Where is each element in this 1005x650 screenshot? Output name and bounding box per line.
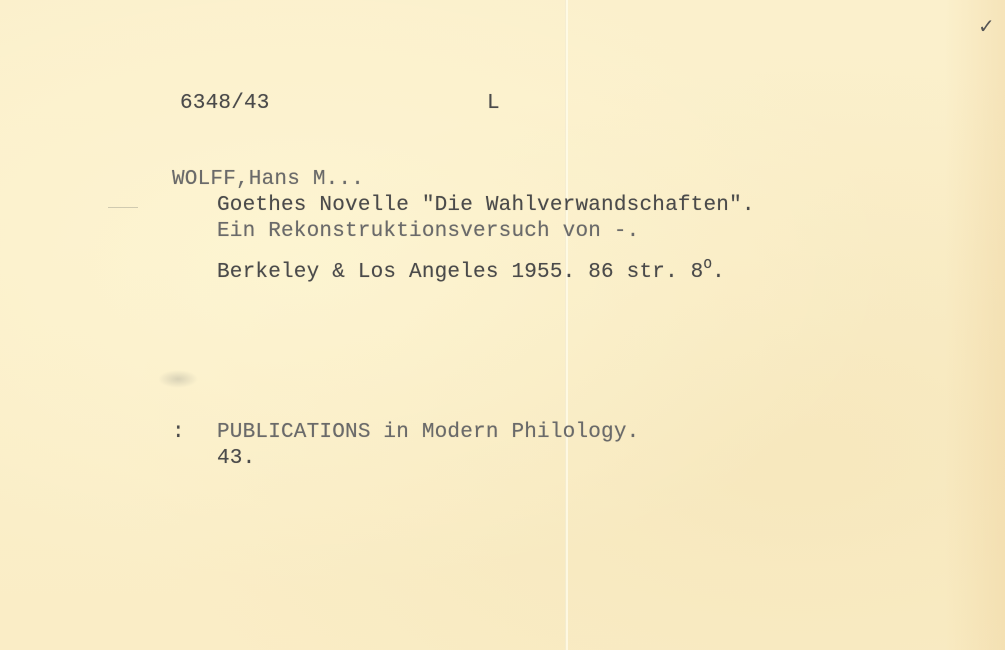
- call-number: 6348/43: [180, 92, 270, 115]
- pencil-mark: [108, 207, 138, 208]
- check-mark-icon: ✓: [978, 14, 995, 38]
- card-edge-shading: [945, 0, 1005, 650]
- imprint-line: Berkeley & Los Angeles 1955. 86 str. 8O.: [217, 257, 725, 284]
- catalog-card: ✓ 6348/43 L WOLFF,Hans M... Goethes Nove…: [0, 0, 1005, 650]
- ink-smudge: [158, 370, 198, 388]
- location-mark: L: [487, 92, 500, 115]
- series-marker: :: [172, 421, 185, 444]
- series-line-1: PUBLICATIONS in Modern Philology.: [217, 421, 639, 444]
- title-line-1: Goethes Novelle "Die Wahlverwandschaften…: [217, 194, 755, 217]
- series-line-2: 43.: [217, 447, 255, 470]
- imprint-suffix: .: [712, 261, 725, 284]
- author-heading: WOLFF,Hans M...: [172, 168, 364, 191]
- title-line-2: Ein Rekonstruktionsversuch von -.: [217, 220, 639, 243]
- card-fold-line: [565, 0, 568, 650]
- imprint-text: Berkeley & Los Angeles 1955. 86 str. 8: [217, 261, 703, 284]
- format-superscript: O: [703, 257, 712, 273]
